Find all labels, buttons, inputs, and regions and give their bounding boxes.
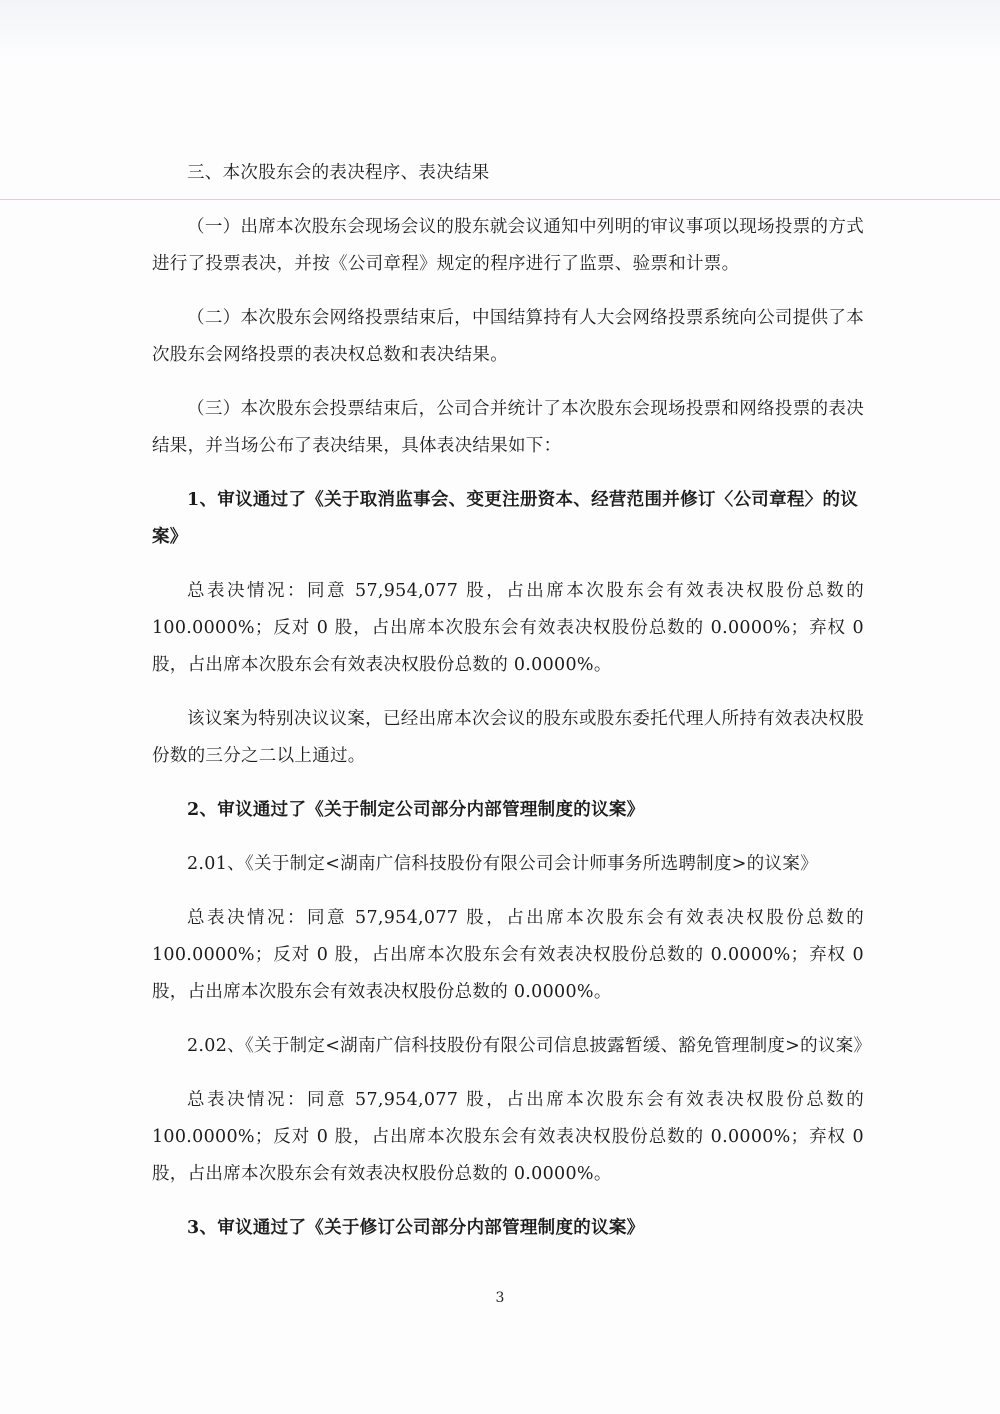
item-1-note: 该议案为特别决议议案，已经出席本次会议的股东或股东委托代理人所持有效表决权股份数…	[152, 701, 864, 775]
item-2-02-vote-result: 总表决情况：同意 57,954,077 股，占出席本次股东会有效表决权股份总数的…	[152, 1082, 864, 1193]
item-3-heading: 3、审议通过了《关于修订公司部分内部管理制度的议案》	[152, 1210, 864, 1247]
item-1-heading: 1、审议通过了《关于取消监事会、变更注册资本、经营范围并修订〈公司章程〉的议案》	[152, 482, 864, 556]
paragraph-online-voting: （二）本次股东会网络投票结束后，中国结算持有人大会网络投票系统向公司提供了本次股…	[152, 300, 864, 374]
section-heading: 三、本次股东会的表决程序、表决结果	[152, 155, 864, 192]
document-page: 三、本次股东会的表决程序、表决结果 （一）出席本次股东会现场会议的股东就会议通知…	[152, 155, 864, 1264]
item-2-02-title: 2.02、《关于制定<湖南广信科技股份有限公司信息披露暂缓、豁免管理制度>的议案…	[152, 1028, 864, 1065]
paragraph-onsite-voting: （一）出席本次股东会现场会议的股东就会议通知中列明的审议事项以现场投票的方式进行…	[152, 209, 864, 283]
item-2-01-title: 2.01、《关于制定<湖南广信科技股份有限公司会计师事务所选聘制度>的议案》	[152, 846, 864, 883]
paragraph-combined-results: （三）本次股东会投票结束后，公司合并统计了本次股东会现场投票和网络投票的表决结果…	[152, 391, 864, 465]
page-number: 3	[0, 1290, 1000, 1306]
item-2-01-vote-result: 总表决情况：同意 57,954,077 股，占出席本次股东会有效表决权股份总数的…	[152, 900, 864, 1011]
item-1-vote-result: 总表决情况：同意 57,954,077 股，占出席本次股东会有效表决权股份总数的…	[152, 573, 864, 684]
item-2-heading: 2、审议通过了《关于制定公司部分内部管理制度的议案》	[152, 792, 864, 829]
scan-bleed-through	[0, 0, 1000, 60]
